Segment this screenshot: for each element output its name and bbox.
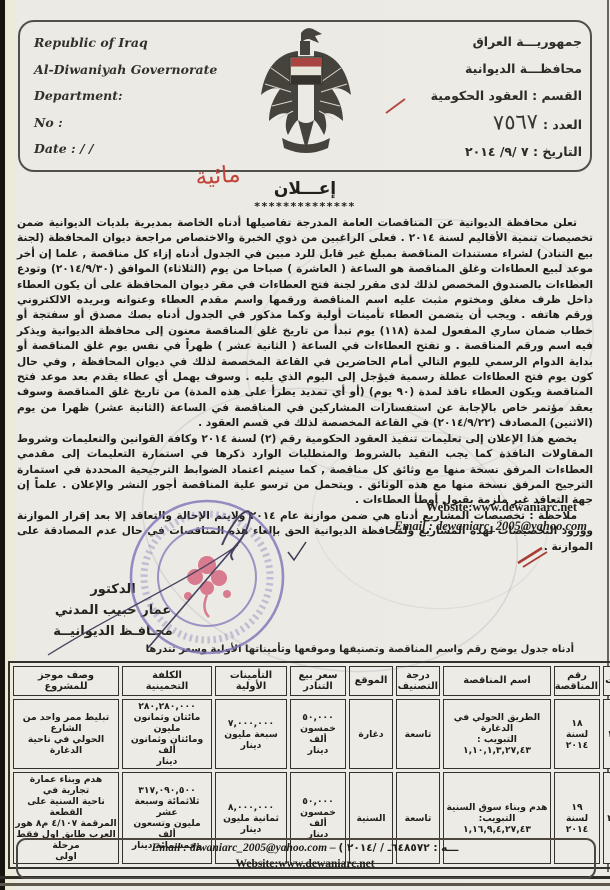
scanned-tender-announcement: Republic of Iraq Al-Diwaniyah Governorat… [0, 0, 610, 890]
tender-name-text: الطريق الحولي في الدغارة التبويب : [454, 712, 540, 745]
footer-website-line: Website:www.dewaniarc.net [0, 858, 610, 870]
signatory-name: عمار حبيب المدني [38, 600, 188, 621]
col-initial-deposit: التأمينات الأولية [215, 666, 287, 696]
cell-tender-number: ١٨ لسنة ٢٠١٤ [554, 699, 600, 769]
cell-classification: تاسعة [396, 699, 440, 769]
col-tender-number: رقم المناقصة [554, 666, 600, 696]
signatory-position: محـافـظ الديوانيــة [38, 621, 188, 642]
document-number-handwritten: ٧٥٦٧ [493, 108, 539, 137]
website-line: Website:www.dewaniarc.net [426, 500, 577, 515]
cell-tender-price: ٥٠,٠٠٠ خمسون ألف دينار [290, 699, 346, 769]
cell-initial-deposit: ٧,٠٠٠,٠٠٠ سبعة مليون دينار [215, 699, 287, 769]
col-location: الموقع [349, 666, 393, 696]
department-ar: القسم : العقود الحكومية [352, 82, 582, 109]
cell-estimated-cost: ٢٨٠,٢٨٠,٠٠٠ مائتان وثمانون مليون ومائتان… [122, 699, 212, 769]
cell-seq: ١ [603, 699, 610, 769]
number-label-en: No : [34, 110, 254, 137]
iraq-eagle-emblem-icon [251, 26, 361, 160]
document-number-row: العدد : ٧٥٦٧ [352, 109, 582, 138]
tender-classification-numbers: ١,١٠,١,٣,٢٧,٤٣ [463, 745, 531, 756]
department-label-en: Department: [34, 83, 254, 110]
body-paragraph-2: يخضع هذا الإعلان إلى تعليمات تنفيذ العقو… [17, 432, 593, 509]
col-tender-name: اسم المناقصة [443, 666, 551, 696]
scan-edge-left [0, 0, 5, 890]
date-label-ar: التاريخ : [533, 144, 582, 159]
document-date-row: التاريخ : ٢٠١٤ /٩/ ٧ [352, 138, 582, 165]
table-intro-line: أدناه جدول يوضح رقم واسم المناقصة وتصنيف… [146, 644, 574, 655]
col-tender-price: سعر بيع التنادر [290, 666, 346, 696]
body-paragraph-1: تعلن محافظة الديوانية عن المناقصات العام… [17, 216, 593, 432]
country-ar: جمهوريـــة العراق [352, 28, 582, 55]
table-row: ١ ١٨ لسنة ٢٠١٤ الطريق الحولي في الدغارة … [13, 699, 610, 769]
announcement-title: إعـــلان [0, 179, 610, 199]
tender-name-text: هدم وبناء سوق السنية التبويب: [446, 802, 547, 824]
document-date-value: ٢٠١٤ /٩/ ٧ [465, 138, 529, 165]
number-label-ar: العدد : [543, 117, 582, 132]
title-divider-stars: ************** [0, 200, 610, 213]
tender-classification-numbers: ١,١٦,٩,٤,٢٧,٤٣ [463, 824, 531, 835]
cell-tender-name: الطريق الحولي في الدغارة التبويب :١,١٠,١… [443, 699, 551, 769]
table-header-row: ت رقم المناقصة اسم المناقصة درجة التصنيف… [13, 666, 610, 696]
col-classification: درجة التصنيف [396, 666, 440, 696]
col-estimated-cost: الكلفة التخمينية [122, 666, 212, 696]
cell-description: تبليط ممر واحد من الشارع الحولي في ناحية… [13, 699, 119, 769]
governorate-en: Al-Diwaniyah Governorate [34, 57, 254, 84]
country-en: Republic of Iraq [34, 30, 254, 57]
cell-location: دغارة [349, 699, 393, 769]
signature-block: الدكتور عمار حبيب المدني محـافـظ الديوان… [38, 579, 188, 642]
governorate-ar: محافظـــة الديوانية [352, 55, 582, 82]
scan-edge-bottom-2 [0, 883, 610, 886]
signatory-title: الدكتور [38, 579, 188, 600]
stamp-flower-emblem [184, 556, 231, 617]
col-seq: ت [603, 666, 610, 696]
footer-email-phone-line: Email : diwaniarc_2005@yahoo.com – ( ٢٠١… [0, 842, 610, 854]
date-label-en: Date : / / [34, 136, 254, 163]
footer-email: Email : diwaniarc_2005@yahoo.com – [152, 842, 336, 854]
email-line: Email : dewaniarc_2005@yahoo.com [394, 519, 587, 534]
footer-phone: ( ٢٠١٤/ / ـ٦٤٨٥٧٢ : هـــ [339, 842, 459, 854]
col-description: وصف موجز للمشروع [13, 666, 119, 696]
letterhead-english: Republic of Iraq Al-Diwaniyah Governorat… [34, 30, 254, 163]
letterhead-arabic: جمهوريـــة العراق محافظـــة الديوانية ال… [352, 28, 582, 165]
